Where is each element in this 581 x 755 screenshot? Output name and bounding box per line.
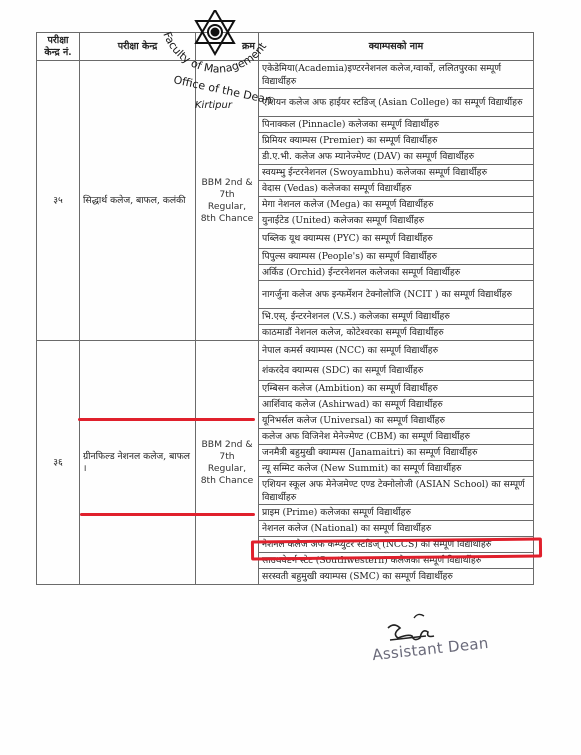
campus-name: मेगा नेशनल कलेज (Mega) का सम्पूर्ण विद्य… — [259, 197, 534, 213]
campus-name: स्वयम्भु ईन्टरनेशनल (Swoyambhu) कलेजका स… — [259, 165, 534, 181]
campus-name: न्यू सम्मिट कलेज (New Summit) का सम्पूर्… — [259, 461, 534, 477]
campus-name: यूनिभर्सल कलेज (Universal) का सम्पूर्ण व… — [259, 413, 534, 429]
campus-name: नेशनल कलेज (National) का सम्पूर्ण विद्या… — [259, 521, 534, 537]
campus-name: पब्लिक यूथ क्याम्पस (PYC) का सम्पूर्ण वि… — [259, 229, 534, 249]
campus-name: जनमैत्री बहुमुखी क्याम्पस (Janamaitri) क… — [259, 445, 534, 461]
campus-name: एशियन स्कूल अफ मेनेजमेण्ट एण्ड टेक्नोलोज… — [259, 477, 534, 505]
program-label: BBM 2nd & 7th Regular, 8th Chance — [196, 61, 259, 341]
campus-name: कलेज अफ विजिनेश मेनेज्मेण्ट (CBM) का सम्… — [259, 429, 534, 445]
center-number: ३६ — [37, 341, 80, 585]
highlight-line-bottom — [80, 513, 255, 516]
campus-name: शंकरदेव क्याम्पस (SDC) का सम्पूर्ण विद्य… — [259, 361, 534, 381]
campus-name: प्राइम (Prime) कलेजका सम्पूर्ण विद्यार्थ… — [259, 505, 534, 521]
campus-name: एकेडेमिया(Academia)इण्टरनेशनल कलेज,ग्वार… — [259, 61, 534, 89]
campus-name: पिपुल्स क्याम्पस (People's) का सम्पूर्ण … — [259, 249, 534, 265]
campus-name: युनाईटेड (United) कलेजका सम्पूर्ण विद्या… — [259, 213, 534, 229]
highlight-box-national — [251, 537, 542, 560]
campus-name: काठमाडौं नेशनल कलेज, कोटेश्वरका सम्पूर्ण… — [259, 325, 534, 341]
center-name: सिद्धार्थ कलेज, बाफल, कलंकी — [80, 61, 196, 341]
header-program: क्रम — [196, 33, 259, 61]
campus-name: अर्किड (Orchid) ईन्टरनेशनल कलेजका सम्पूर… — [259, 265, 534, 281]
campus-name: एशियन कलेज अफ हाईयर स्टडिज् (Asian Colle… — [259, 89, 534, 117]
campus-name: आर्शिवाद कलेज (Ashirwad) का सम्पूर्ण विद… — [259, 397, 534, 413]
center-number: ३५ — [37, 61, 80, 341]
campus-name: सरस्वती बहुमुखी क्याम्पस (SMC) का सम्पूर… — [259, 569, 534, 585]
campus-name: प्रिमियर क्याम्पस (Premier) का सम्पूर्ण … — [259, 133, 534, 149]
document-page: परीक्षा केन्द्र नं. परीक्षा केन्द्र क्रम… — [0, 0, 581, 755]
campus-name: पिनाक्कल (Pinnacle) कलेजका सम्पूर्ण विद्… — [259, 117, 534, 133]
campus-name: वेदास (Vedas) कलेजका सम्पूर्ण विद्यार्थी… — [259, 181, 534, 197]
campus-name: भि.एस्. ईन्टरनेशनल (V.S.) कलेजका सम्पूर्… — [259, 309, 534, 325]
campus-name: नागर्जुना कलेज अफ इन्फर्मेशन टेक्नोलोजि … — [259, 281, 534, 309]
table-header-row: परीक्षा केन्द्र नं. परीक्षा केन्द्र क्रम… — [37, 33, 534, 61]
header-center-no: परीक्षा केन्द्र नं. — [37, 33, 80, 61]
header-center: परीक्षा केन्द्र — [80, 33, 196, 61]
campus-name: डी.ए.भी. कलेज अफ म्यानेज्मेण्ट (DAV) का … — [259, 149, 534, 165]
highlight-line-top — [78, 418, 255, 421]
campus-name: एम्बिसन कलेज (Ambition) का सम्पूर्ण विद्… — [259, 381, 534, 397]
exam-center-table: परीक्षा केन्द्र नं. परीक्षा केन्द्र क्रम… — [36, 32, 534, 585]
table-row: ३६ग्रीनफिल्ड नेशनल कलेज, बाफल ।BBM 2nd &… — [37, 341, 534, 361]
header-campus: क्याम्पसको नाम — [259, 33, 534, 61]
table-row: ३५सिद्धार्थ कलेज, बाफल, कलंकीBBM 2nd & 7… — [37, 61, 534, 89]
program-label: BBM 2nd & 7th Regular, 8th Chance — [196, 341, 259, 585]
campus-name: नेपाल कमर्स क्याम्पस (NCC) का सम्पूर्ण व… — [259, 341, 534, 361]
center-name: ग्रीनफिल्ड नेशनल कलेज, बाफल । — [80, 341, 196, 585]
